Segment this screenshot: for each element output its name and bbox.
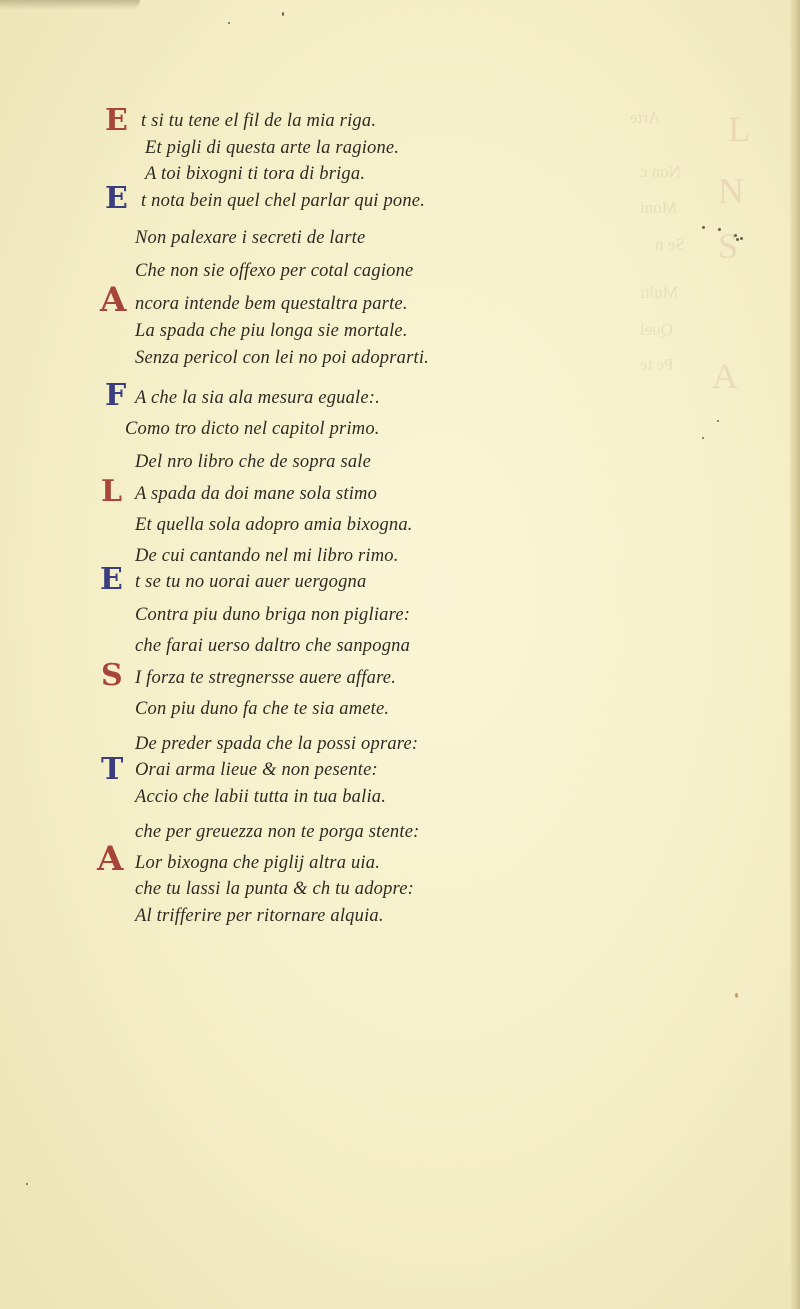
verse-line: che farai uerso daltro che sanpogna [95, 633, 655, 660]
verse-line: Et quella sola adopro amia bixogna. [95, 512, 655, 539]
verse-line: Che non sie offexo per cotal cagione [95, 258, 655, 285]
verse-line-text: De cui cantando nel mi libro rimo. [135, 543, 399, 570]
verse-line-text: Orai arma lieue & non pesente: [135, 757, 378, 784]
illuminated-initial: E [100, 565, 123, 595]
verse-line: L A spada da doi mane sola stimo [95, 481, 655, 508]
ink-speck [702, 226, 705, 229]
verse-line-text: A spada da doi mane sola stimo [135, 481, 377, 508]
page-fold-shadow [0, 0, 140, 10]
ink-speck [228, 22, 230, 24]
verse-line: La spada che piu longa sie mortale. [95, 318, 655, 345]
illuminated-initial: L [101, 477, 122, 507]
verse-line-text: t si tu tene el fil de la mia riga. [141, 108, 376, 135]
verse-line-text: Con piu duno fa che te sia amete. [135, 696, 389, 723]
verse-line: E t nota bein quel chel parlar qui pone. [95, 188, 655, 215]
verse-line: Contra piu duno briga non pigliare: [95, 602, 655, 629]
verse-line-text: Como tro dicto nel capitol primo. [125, 416, 380, 443]
ink-speck [26, 1183, 28, 1185]
ink-speck [734, 234, 737, 237]
manuscript-page: L N S A Arte Non c Moni Se n Multi Quel … [0, 0, 800, 1309]
verse-line: A Lor bixogna che piglij altra uia. [95, 850, 655, 877]
ink-speck [717, 420, 719, 422]
verse-line: Al trifferire per ritornare alquia. [95, 903, 655, 930]
ink-speck [718, 228, 721, 231]
verse-line-text: che per greuezza non te porga stente: [135, 819, 420, 846]
verse-line-text: Che non sie offexo per cotal cagione [135, 258, 413, 285]
verse-line: F A che la sia ala mesura eguale:. [95, 385, 655, 412]
ink-speck [282, 12, 284, 16]
verse-line-text: Non palexare i secreti de larte [135, 225, 365, 252]
verse-line: Senza pericol con lei no poi adoprarti. [95, 345, 655, 372]
verse-line-text: t se tu no uorai auer uergogna [135, 569, 366, 596]
verse-line-text: I forza te stregnersse auere affare. [135, 665, 396, 692]
verse-line: A toi bixogni ti tora di briga. [95, 161, 655, 188]
illuminated-initial: A [100, 285, 127, 315]
verse-line-text: Accio che labii tutta in tua balia. [135, 784, 386, 811]
page-binding-edge [790, 0, 800, 1309]
verse-line-text: Senza pericol con lei no poi adoprarti. [135, 345, 429, 372]
verse-line: De cui cantando nel mi libro rimo. [95, 543, 655, 570]
verse-line: che tu lassi la punta & ch tu adopre: [95, 876, 655, 903]
verse-line-text: che farai uerso daltro che sanpogna [135, 633, 410, 660]
verse-line: Et pigli di questa arte la ragione. [95, 135, 655, 162]
verse-line: Del nro libro che de sopra sale [95, 449, 655, 476]
verse-line-text: Et pigli di questa arte la ragione. [145, 135, 399, 162]
verse-line-text: A che la sia ala mesura eguale:. [135, 385, 380, 412]
bleed-through-initial: L [728, 108, 750, 150]
ink-speck [736, 238, 739, 241]
verse-line-text: ncora intende bem questaltra parte. [135, 291, 408, 318]
verse-line: De preder spada che la possi oprare: [95, 731, 655, 758]
verse-line: Accio che labii tutta in tua balia. [95, 784, 655, 811]
ink-speck [702, 437, 704, 439]
verse-line-text: Lor bixogna che piglij altra uia. [135, 850, 380, 877]
verse-line: E t se tu no uorai auer uergogna [95, 569, 655, 596]
verse-text-block: E t si tu tene el fil de la mia riga. Et… [95, 108, 655, 930]
verse-line-text: La spada che piu longa sie mortale. [135, 318, 408, 345]
illuminated-initial: T [101, 755, 124, 785]
verse-line: A ncora intende bem questaltra parte. [95, 291, 655, 318]
verse-line-text: De preder spada che la possi oprare: [135, 731, 418, 758]
illuminated-initial: S [101, 661, 123, 691]
illuminated-initial: E [105, 184, 128, 214]
verse-line-text: t nota bein quel chel parlar qui pone. [141, 188, 425, 215]
verse-line: Con piu duno fa che te sia amete. [95, 696, 655, 723]
bleed-through-text: Se n [655, 235, 685, 255]
illuminated-initial: F [105, 381, 127, 411]
verse-line-text: Al trifferire per ritornare alquia. [135, 903, 384, 930]
illuminated-initial: E [105, 106, 128, 136]
verse-line-text: Del nro libro che de sopra sale [135, 449, 371, 476]
illuminated-initial: A [97, 844, 124, 874]
verse-line-text: Contra piu duno briga non pigliare: [135, 602, 410, 629]
bleed-through-initial: A [712, 355, 738, 397]
verse-line-text: A toi bixogni ti tora di briga. [145, 161, 365, 188]
verse-line-text: Et quella sola adopro amia bixogna. [135, 512, 413, 539]
verse-line: T Orai arma lieue & non pesente: [95, 757, 655, 784]
bleed-through-initial: N [718, 170, 744, 212]
verse-line: che per greuezza non te porga stente: [95, 819, 655, 846]
verse-line: Non palexare i secreti de larte [95, 225, 655, 252]
bleed-through-initial: S [718, 225, 738, 267]
verse-line: Como tro dicto nel capitol primo. [95, 416, 655, 443]
verse-line: S I forza te stregnersse auere affare. [95, 665, 655, 692]
ink-speck [740, 237, 743, 240]
verse-line-text: che tu lassi la punta & ch tu adopre: [135, 876, 414, 903]
ink-speck [735, 993, 738, 998]
verse-line: E t si tu tene el fil de la mia riga. [95, 108, 655, 135]
